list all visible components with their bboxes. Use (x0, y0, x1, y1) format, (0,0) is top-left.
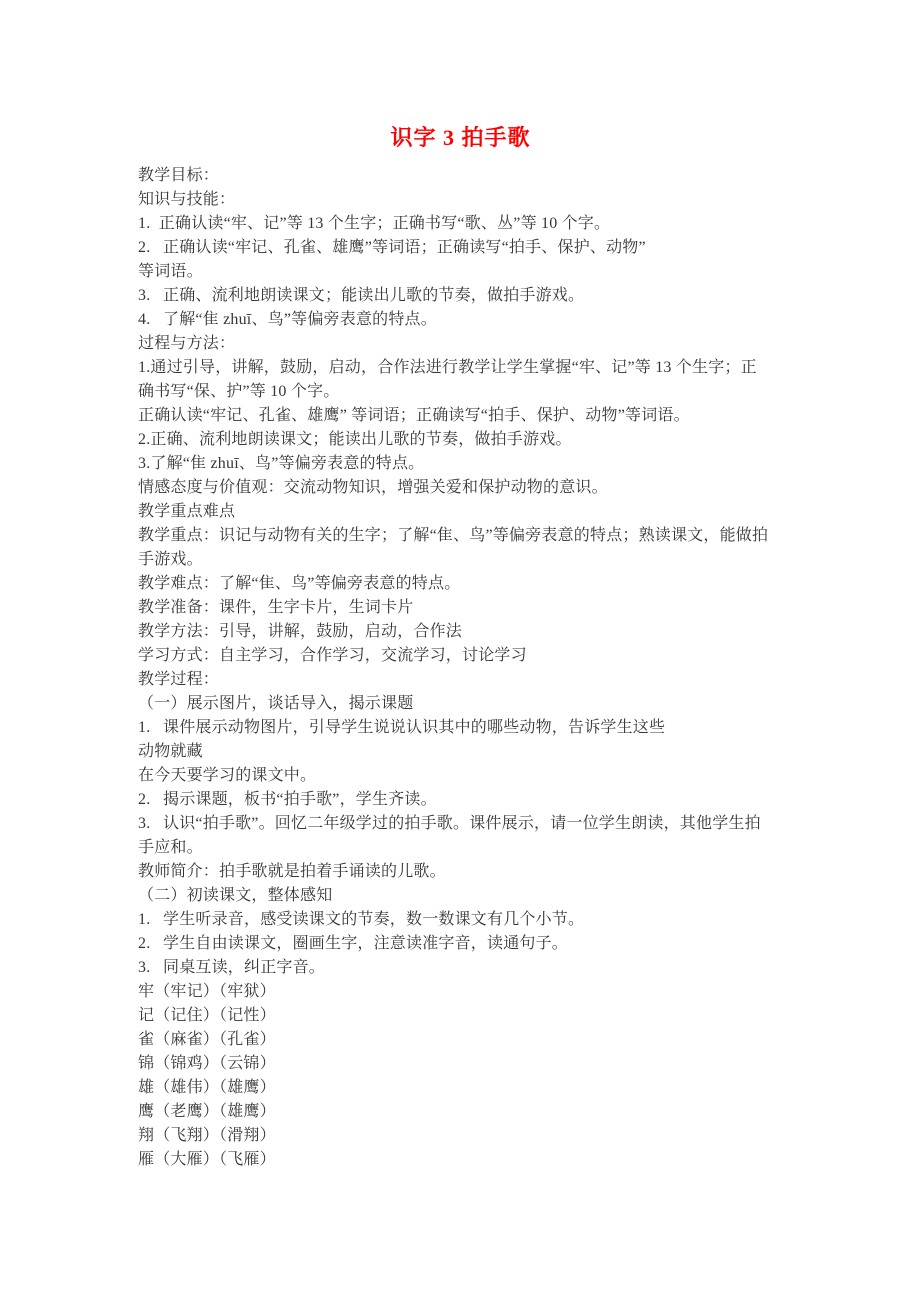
text-line: 2. 学生自由读课文，圈画生字，注意读准字音，读通句子。 (138, 932, 798, 956)
text-line: 雁（大雁）（飞雁） (138, 1148, 798, 1172)
text-line: 过程与方法： (138, 332, 798, 356)
text-line: 教学难点：了解“隹、鸟”等偏旁表意的特点。 (138, 572, 798, 596)
text-line: （二）初读课文，整体感知 (138, 884, 798, 908)
text-line: 教学重点：识记与动物有关的生字；了解“隹、鸟”等偏旁表意的特点；熟读课文，能做拍 (138, 524, 798, 548)
text-line: 教师简介：拍手歌就是拍着手诵读的儿歌。 (138, 860, 798, 884)
document-page: 识字 3 拍手歌 教学目标：知识与技能：1. 正确认读“牢、记”等 13 个生字… (0, 0, 920, 1302)
text-line: 3. 同桌互读，纠正字音。 (138, 956, 798, 980)
text-line: 记（记住）（记性） (138, 1004, 798, 1028)
text-line: 3. 认识“拍手歌”。回忆二年级学过的拍手歌。课件展示，请一位学生朗读，其他学生… (138, 812, 798, 836)
text-line: 教学方法：引导，讲解，鼓励，启动，合作法 (138, 620, 798, 644)
text-line: 2. 揭示课题，板书“拍手歌”，学生齐读。 (138, 788, 798, 812)
text-line: 等词语。 (138, 260, 798, 284)
document-body: 教学目标：知识与技能：1. 正确认读“牢、记”等 13 个生字；正确书写“歌、丛… (138, 164, 798, 1172)
text-line: 鹰（老鹰）（雄鹰） (138, 1100, 798, 1124)
text-line: 教学重点难点 (138, 500, 798, 524)
text-line: 雀（麻雀）（孔雀） (138, 1028, 798, 1052)
text-line: 确书写“保、护”等 10 个字。 (138, 380, 798, 404)
text-line: 动物就藏 (138, 740, 798, 764)
text-line: 雄（雄伟）（雄鹰） (138, 1076, 798, 1100)
text-line: 手游戏。 (138, 548, 798, 572)
text-line: 1.通过引导，讲解，鼓励，启动，合作法进行教学让学生掌握“牢、记”等 13 个生… (138, 356, 798, 380)
text-line: 知识与技能： (138, 188, 798, 212)
text-line: 3.了解“隹 zhuī、鸟”等偏旁表意的特点。 (138, 452, 798, 476)
text-line: 3. 正确、流利地朗读课文；能读出儿歌的节奏，做拍手游戏。 (138, 284, 798, 308)
text-line: 1. 课件展示动物图片，引导学生说说认识其中的哪些动物，告诉学生这些 (138, 716, 798, 740)
text-line: （一）展示图片，谈话导入，揭示课题 (138, 692, 798, 716)
text-line: 教学目标： (138, 164, 798, 188)
text-line: 4. 了解“隹 zhuī、鸟”等偏旁表意的特点。 (138, 308, 798, 332)
text-line: 情感态度与价值观：交流动物知识，增强关爱和保护动物的意识。 (138, 476, 798, 500)
text-line: 锦（锦鸡）（云锦） (138, 1052, 798, 1076)
text-line: 1. 学生听录音，感受读课文的节奏，数一数课文有几个小节。 (138, 908, 798, 932)
text-line: 手应和。 (138, 836, 798, 860)
text-line: 教学过程： (138, 668, 798, 692)
text-line: 教学准备：课件，生字卡片，生词卡片 (138, 596, 798, 620)
text-line: 翔（飞翔）（滑翔） (138, 1124, 798, 1148)
text-line: 1. 正确认读“牢、记”等 13 个生字；正确书写“歌、丛”等 10 个字。 (138, 212, 798, 236)
text-line: 牢（牢记）（牢狱） (138, 980, 798, 1004)
text-line: 2.正确、流利地朗读课文；能读出儿歌的节奏，做拍手游戏。 (138, 428, 798, 452)
text-line: 学习方式：自主学习，合作学习，交流学习，讨论学习 (138, 644, 798, 668)
text-line: 在今天要学习的课文中。 (138, 764, 798, 788)
document-title: 识字 3 拍手歌 (138, 122, 783, 154)
text-line: 2. 正确认读“牢记、孔雀、雄鹰”等词语；正确读写“拍手、保护、动物” (138, 236, 798, 260)
text-line: 正确认读“牢记、孔雀、雄鹰” 等词语；正确读写“拍手、保护、动物”等词语。 (138, 404, 798, 428)
